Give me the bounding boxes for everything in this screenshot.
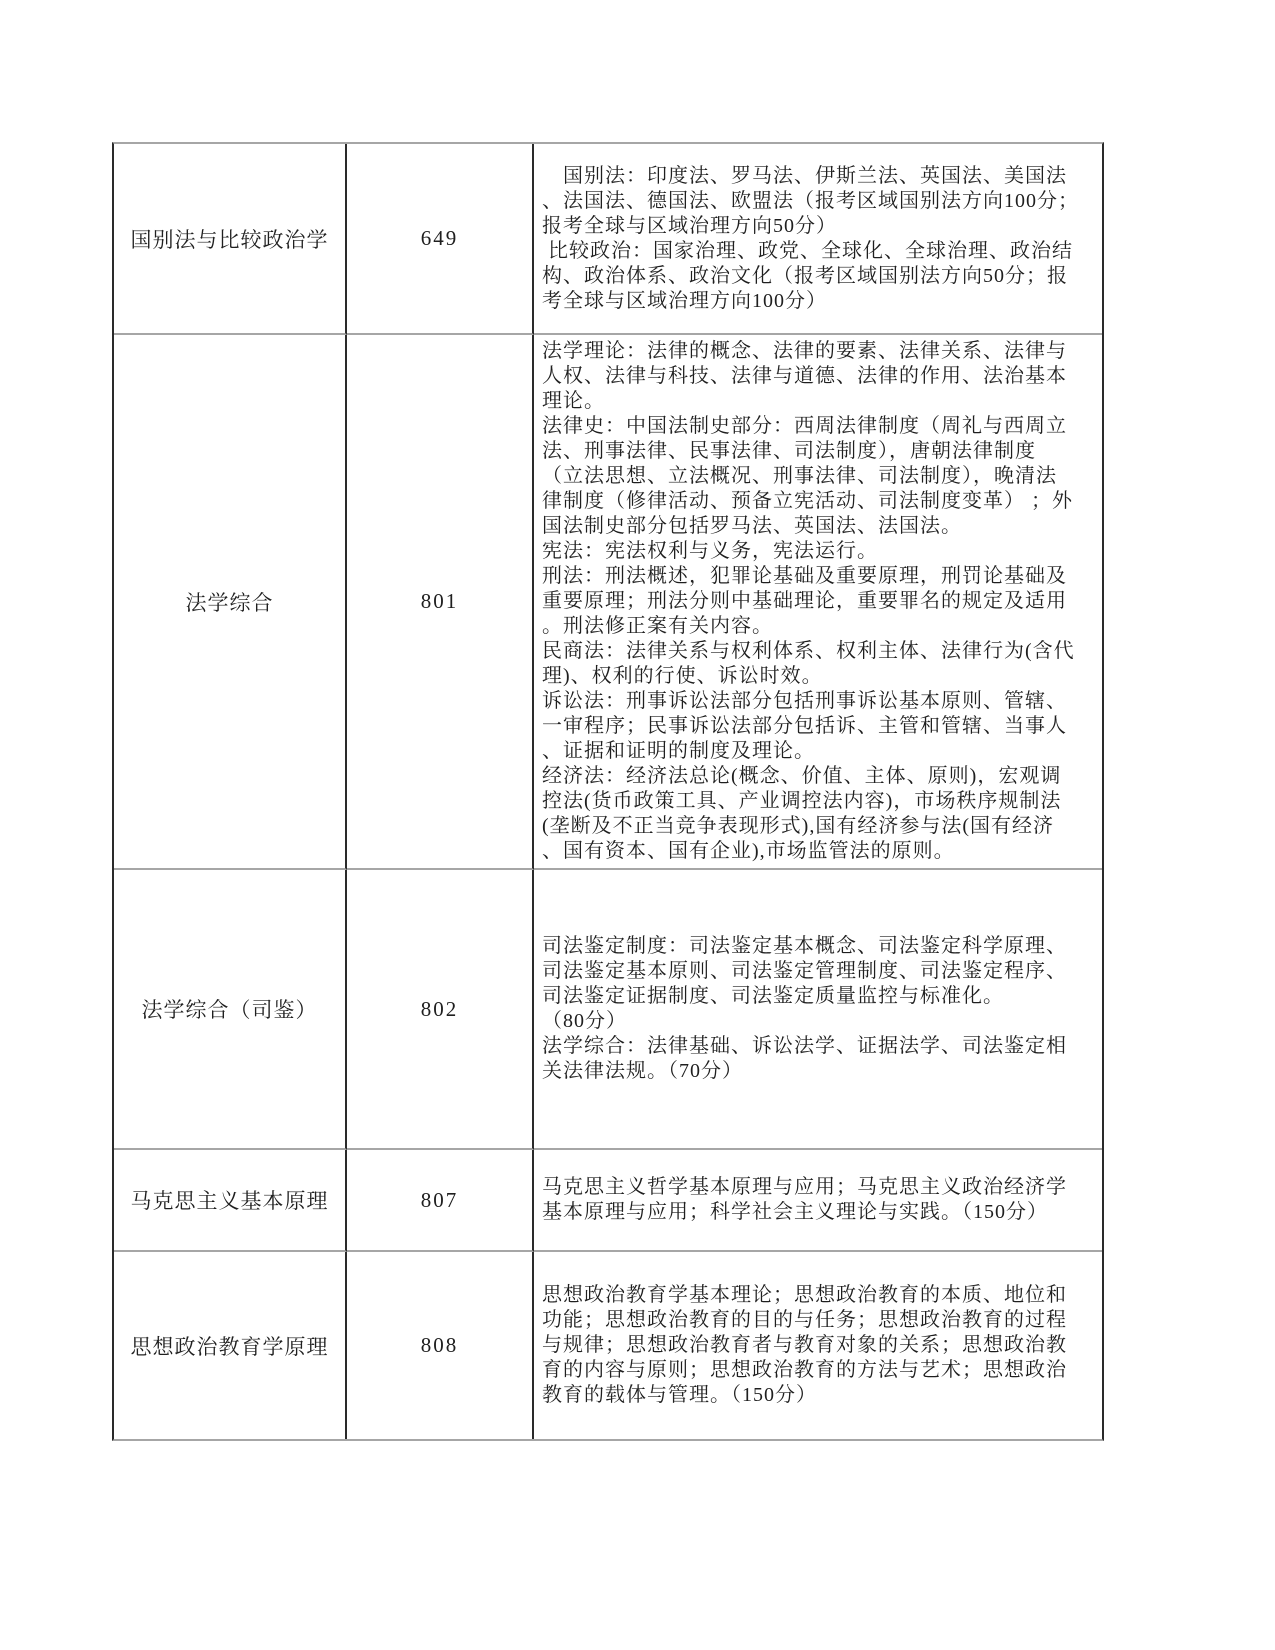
content-cell: 国别法：印度法、罗马法、伊斯兰法、英国法、美国法 、法国法、德国法、欧盟法（报考…	[534, 144, 1102, 335]
content-text: 马克思主义哲学基本原理与应用；马克思主义政治经济学 基本原理与应用；科学社会主义…	[542, 1175, 1067, 1225]
content-cell: 法学理论：法律的概念、法律的要素、法律关系、法律与 人权、法律与科技、法律与道德…	[534, 335, 1102, 870]
content-text: 国别法：印度法、罗马法、伊斯兰法、英国法、美国法 、法国法、德国法、欧盟法（报考…	[542, 164, 1079, 314]
subject-cell: 思想政治教育学原理	[114, 1252, 347, 1439]
code-cell: 807	[347, 1150, 534, 1252]
code-cell: 802	[347, 870, 534, 1150]
content-text: 司法鉴定制度：司法鉴定基本概念、司法鉴定科学原理、 司法鉴定基本原则、司法鉴定管…	[542, 934, 1067, 1084]
content-cell: 马克思主义哲学基本原理与应用；马克思主义政治经济学 基本原理与应用；科学社会主义…	[534, 1150, 1102, 1252]
code-cell: 801	[347, 335, 534, 870]
document-page: 国别法与比较政治学 649 国别法：印度法、罗马法、伊斯兰法、英国法、美国法 、…	[0, 0, 1275, 1650]
subject-cell: 法学综合（司鉴）	[114, 870, 347, 1150]
content-cell: 司法鉴定制度：司法鉴定基本概念、司法鉴定科学原理、 司法鉴定基本原则、司法鉴定管…	[534, 870, 1102, 1150]
subject-cell: 马克思主义基本原理	[114, 1150, 347, 1252]
exam-subjects-table: 国别法与比较政治学 649 国别法：印度法、罗马法、伊斯兰法、英国法、美国法 、…	[112, 142, 1104, 1441]
content-text: 思想政治教育学基本理论；思想政治教育的本质、地位和 功能；思想政治教育的目的与任…	[542, 1283, 1067, 1408]
subject-cell: 法学综合	[114, 335, 347, 870]
code-cell: 649	[347, 144, 534, 335]
content-text: 法学理论：法律的概念、法律的要素、法律关系、法律与 人权、法律与科技、法律与道德…	[542, 339, 1075, 864]
content-cell: 思想政治教育学基本理论；思想政治教育的本质、地位和 功能；思想政治教育的目的与任…	[534, 1252, 1102, 1439]
code-cell: 808	[347, 1252, 534, 1439]
subject-cell: 国别法与比较政治学	[114, 144, 347, 335]
